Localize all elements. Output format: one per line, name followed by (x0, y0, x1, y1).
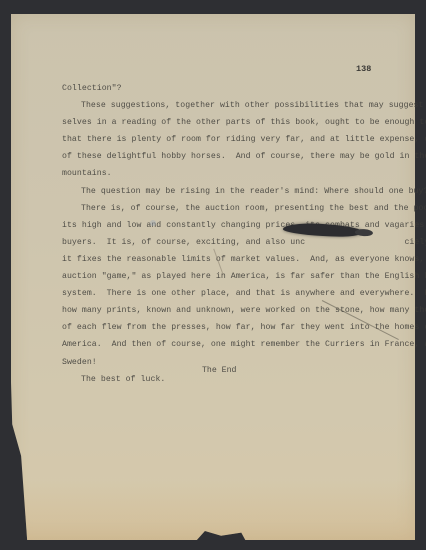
text-line: auction "game," as played here in Americ… (62, 268, 392, 285)
text-line: of each flew from the presses, how far, … (62, 319, 392, 336)
text-line: selves in a reading of the other parts o… (62, 114, 392, 131)
text-line: Collection"? (62, 80, 392, 97)
text-line: The question may be rising in the reader… (62, 183, 392, 200)
page-number: 138 (356, 64, 371, 74)
text-line: America. And then of course, one might r… (62, 336, 392, 353)
text-line: There is, of course, the auction room, p… (62, 200, 392, 217)
ink-smudge (150, 220, 156, 226)
text-line: system. There is one other place, and th… (62, 285, 392, 302)
text-line: These suggestions, together with other p… (62, 97, 392, 114)
text-line: mountains. (62, 165, 392, 182)
paper-stain (11, 480, 415, 540)
text-line: of these delightful hobby horses. And of… (62, 148, 392, 165)
text-line: it fixes the reasonable limits of market… (62, 251, 392, 268)
scan-frame: 138 Collection"? These suggestions, toge… (0, 0, 426, 550)
the-end-label: The End (202, 366, 236, 375)
text-line: that there is plenty of room for riding … (62, 131, 392, 148)
